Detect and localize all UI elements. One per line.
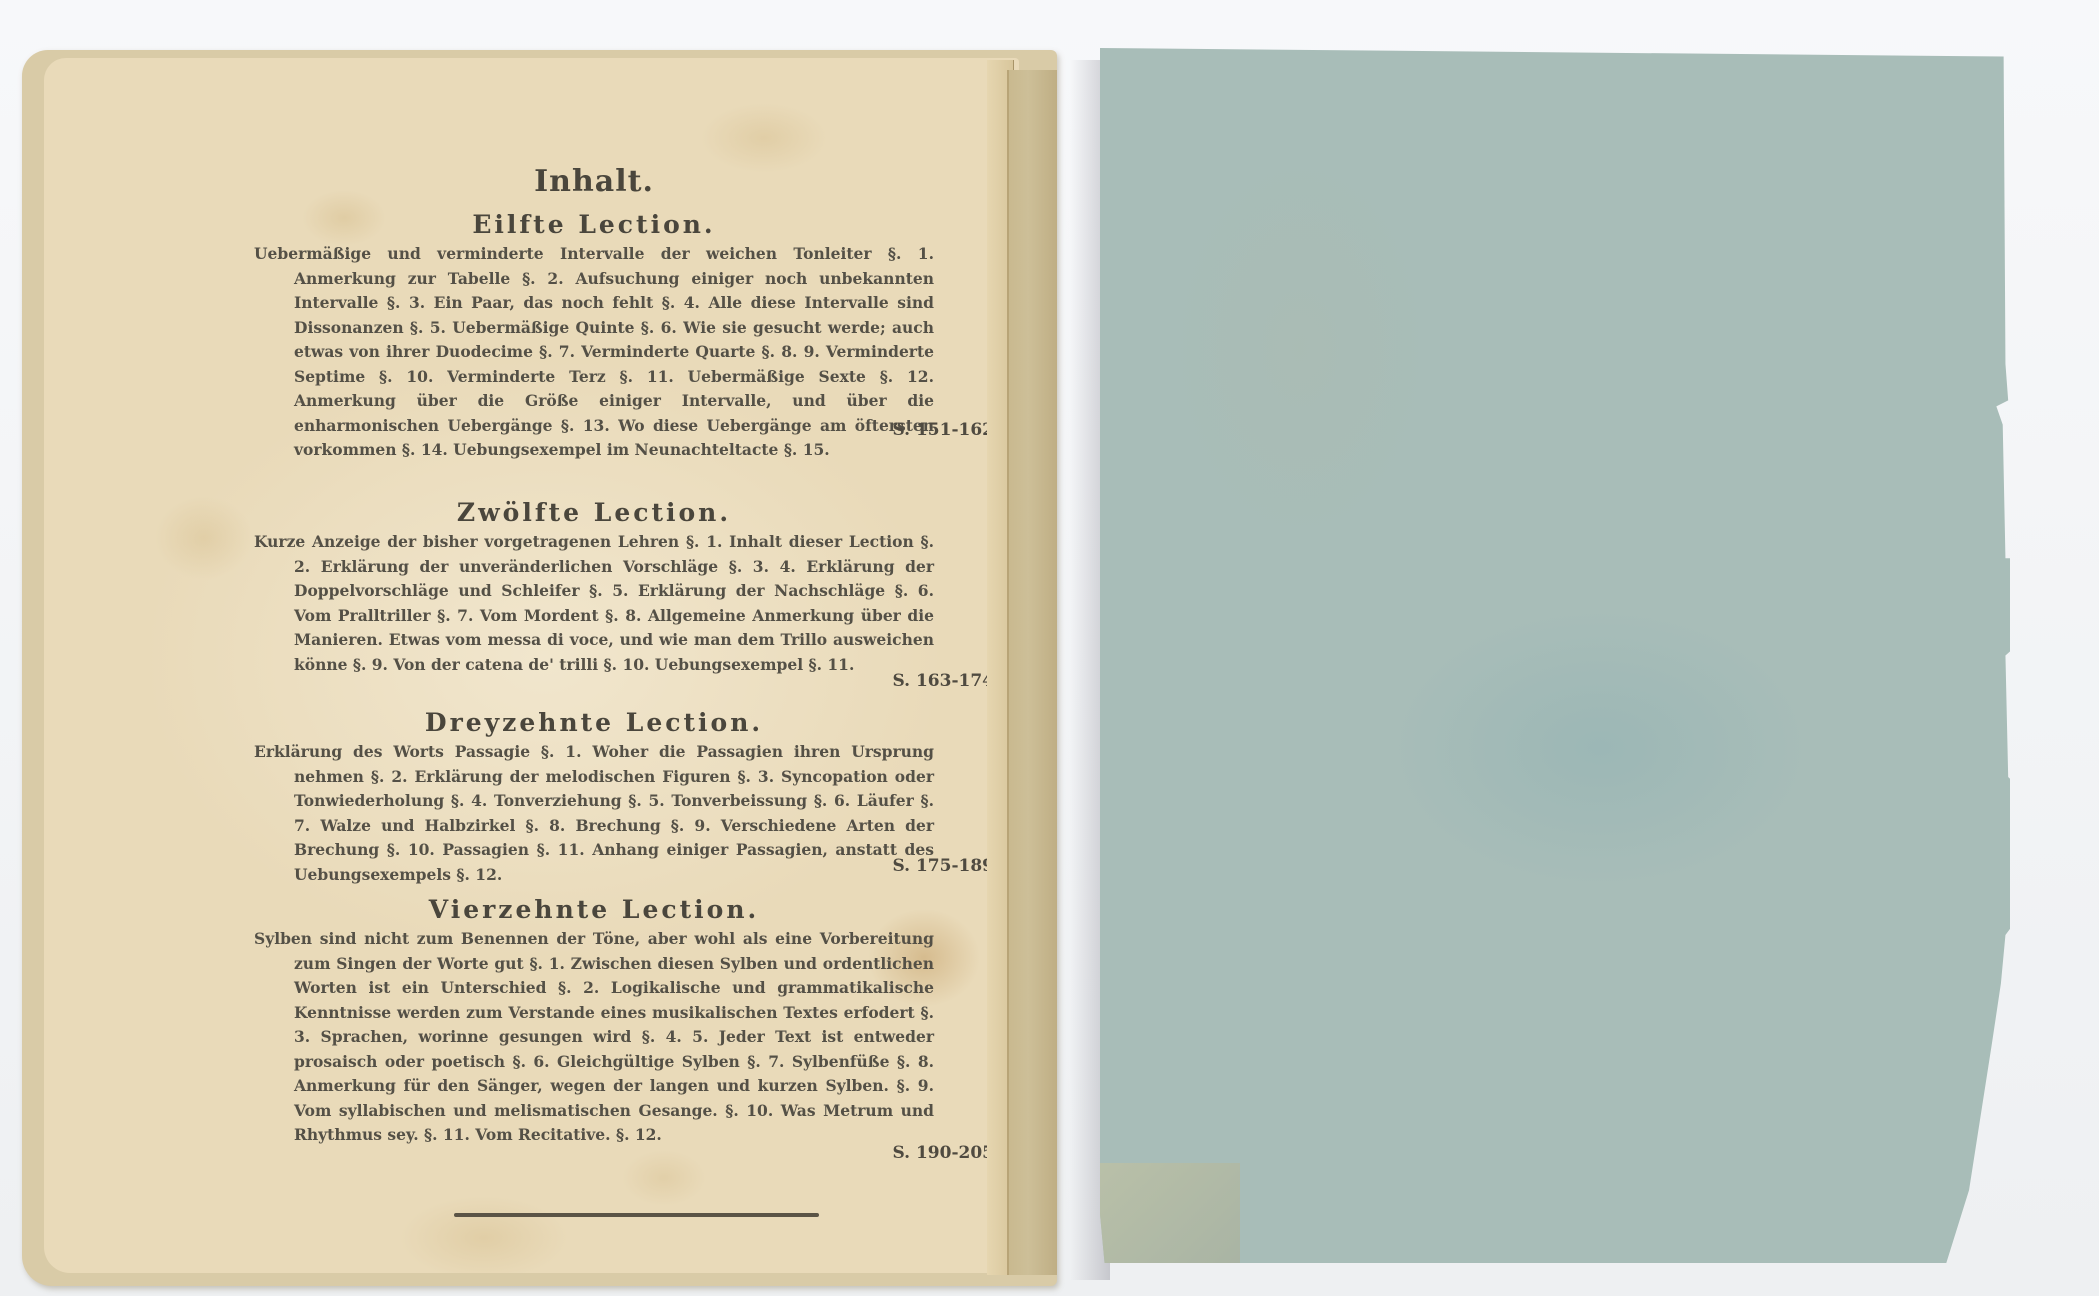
- section-zwoelfte-lection: Zwölfte Lection. Kurze Anzeige der bishe…: [254, 496, 994, 677]
- section-heading: Zwölfte Lection.: [254, 496, 934, 530]
- section-body: Kurze Anzeige der bisher vorgetragenen L…: [254, 530, 934, 677]
- blue-cover-sheet: [1100, 48, 2010, 1263]
- open-book: Inhalt. Eilfte Lection. Uebermäßige und …: [22, 50, 1057, 1286]
- closing-rule: [454, 1213, 819, 1217]
- section-eilfte-lection: Eilfte Lection. Uebermäßige und verminde…: [254, 208, 994, 463]
- section-body: Erklärung des Worts Passagie §. 1. Woher…: [254, 740, 934, 887]
- page-range: S. 175-189: [892, 856, 994, 876]
- section-body: Uebermäßige und verminderte Intervalle d…: [254, 242, 934, 463]
- section-heading: Dreyzehnte Lection.: [254, 706, 934, 740]
- page-range: S. 163-174: [892, 671, 994, 691]
- page-title: Inhalt.: [254, 164, 934, 199]
- section-heading: Eilfte Lection.: [254, 208, 934, 242]
- page-range: S. 151-162: [892, 420, 994, 440]
- folded-corner: [1100, 1163, 1240, 1263]
- book-spine: [1007, 70, 1057, 1275]
- page-range: S. 190-205: [892, 1143, 994, 1163]
- contents-page: Inhalt. Eilfte Lection. Uebermäßige und …: [44, 58, 1019, 1273]
- section-body: Sylben sind nicht zum Benennen der Töne,…: [254, 927, 934, 1148]
- section-dreyzehnte-lection: Dreyzehnte Lection. Erklärung des Worts …: [254, 706, 994, 887]
- section-heading: Vierzehnte Lection.: [254, 893, 934, 927]
- section-vierzehnte-lection: Vierzehnte Lection. Sylben sind nicht zu…: [254, 893, 994, 1148]
